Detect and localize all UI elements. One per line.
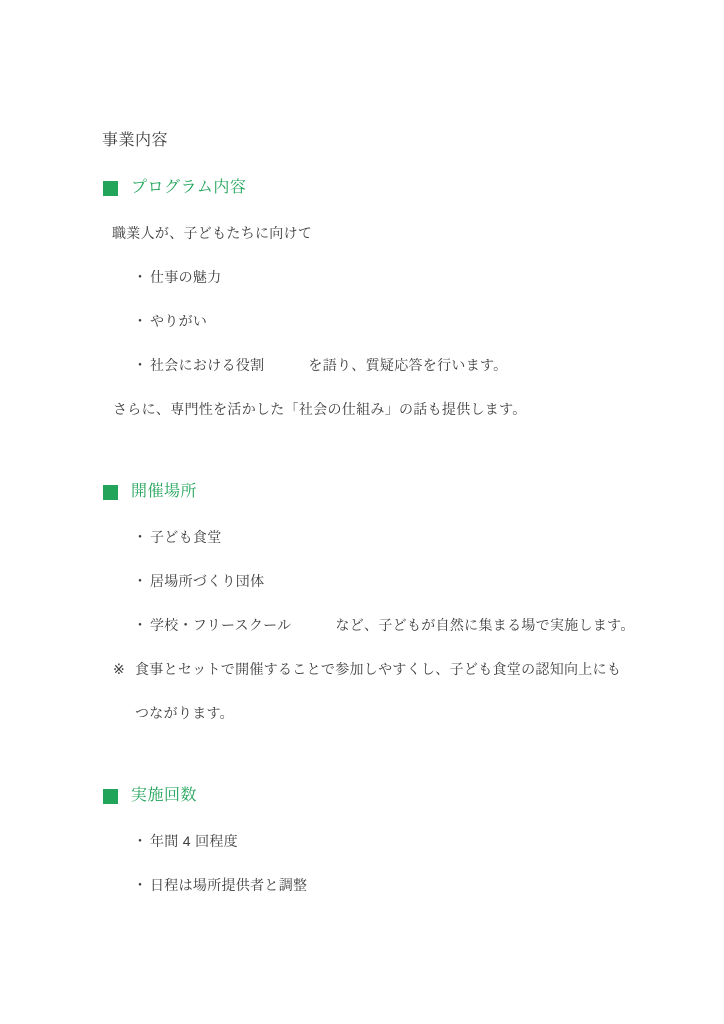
list-item-text: 年間 4 回程度 (150, 833, 238, 849)
list-item: ・年間 4 回程度 (0, 831, 724, 851)
venue-note: ※食事とセットで開催することで参加しやすくし、子ども食堂の認知向上にも (0, 659, 724, 679)
list-item-text: 子ども食堂 (150, 529, 222, 545)
document-page: 事業内容 プログラム内容 職業人が、子どもたちに向けて ・仕事の魅力 ・やりがい… (0, 0, 724, 1024)
bullet-dot-icon: ・ (133, 311, 150, 331)
note-asterisk-icon: ※ (113, 659, 135, 679)
note-text-line1: 食事とセットで開催することで参加しやすくし、子ども食堂の認知向上にも (135, 661, 621, 677)
bullet-dot-icon: ・ (133, 527, 150, 547)
list-item-text: やりがい (150, 313, 207, 329)
section-marker-square-icon (103, 789, 118, 804)
list-item-text: 仕事の魅力 (150, 269, 222, 285)
section-heading-text: 実施回数 (131, 785, 197, 807)
list-item: ・学校・フリースクールなど、子どもが自然に集まる場で実施します。 (0, 615, 724, 635)
bullet-dot-icon: ・ (133, 875, 150, 895)
section-heading-frequency: 実施回数 (0, 785, 724, 807)
section-heading-venue: 開催場所 (0, 481, 724, 503)
list-item-text: 社会における役割 (150, 357, 264, 373)
program-outro-text: さらに、専門性を活かした「社会の仕組み」の話も提供します。 (0, 399, 724, 419)
section-venue: 開催場所 ・子ども食堂 ・居場所づくり団体 ・学校・フリースクールなど、子どもが… (0, 481, 724, 723)
bullet-dot-icon: ・ (133, 355, 150, 375)
list-item-text: 居場所づくり団体 (150, 573, 264, 589)
section-frequency: 実施回数 ・年間 4 回程度 ・日程は場所提供者と調整 (0, 785, 724, 895)
program-intro-text: 職業人が、子どもたちに向けて (0, 223, 724, 243)
bullet-dot-icon: ・ (133, 615, 150, 635)
document-title: 事業内容 (0, 131, 724, 151)
section-marker-square-icon (103, 485, 118, 500)
section-heading-text: プログラム内容 (131, 177, 246, 199)
list-item: ・居場所づくり団体 (0, 571, 724, 591)
list-item: ・やりがい (0, 311, 724, 331)
list-item: ・仕事の魅力 (0, 267, 724, 287)
section-heading-text: 開催場所 (131, 481, 197, 503)
list-item: ・日程は場所提供者と調整 (0, 875, 724, 895)
list-item-text: 学校・フリースクール (150, 617, 291, 633)
section-heading-program: プログラム内容 (0, 177, 724, 199)
bullet-dot-icon: ・ (133, 831, 150, 851)
list-item-tail-text: を語り、質疑応答を行います。 (308, 357, 507, 373)
section-marker-square-icon (103, 181, 118, 196)
note-text-line2: つながります。 (0, 703, 724, 723)
section-program: プログラム内容 職業人が、子どもたちに向けて ・仕事の魅力 ・やりがい ・社会に… (0, 177, 724, 419)
bullet-dot-icon: ・ (133, 267, 150, 287)
list-item: ・子ども食堂 (0, 527, 724, 547)
list-item-tail-text: など、子どもが自然に集まる場で実施します。 (335, 617, 634, 633)
list-item: ・社会における役割を語り、質疑応答を行います。 (0, 355, 724, 375)
bullet-dot-icon: ・ (133, 571, 150, 591)
list-item-text: 日程は場所提供者と調整 (150, 877, 307, 893)
